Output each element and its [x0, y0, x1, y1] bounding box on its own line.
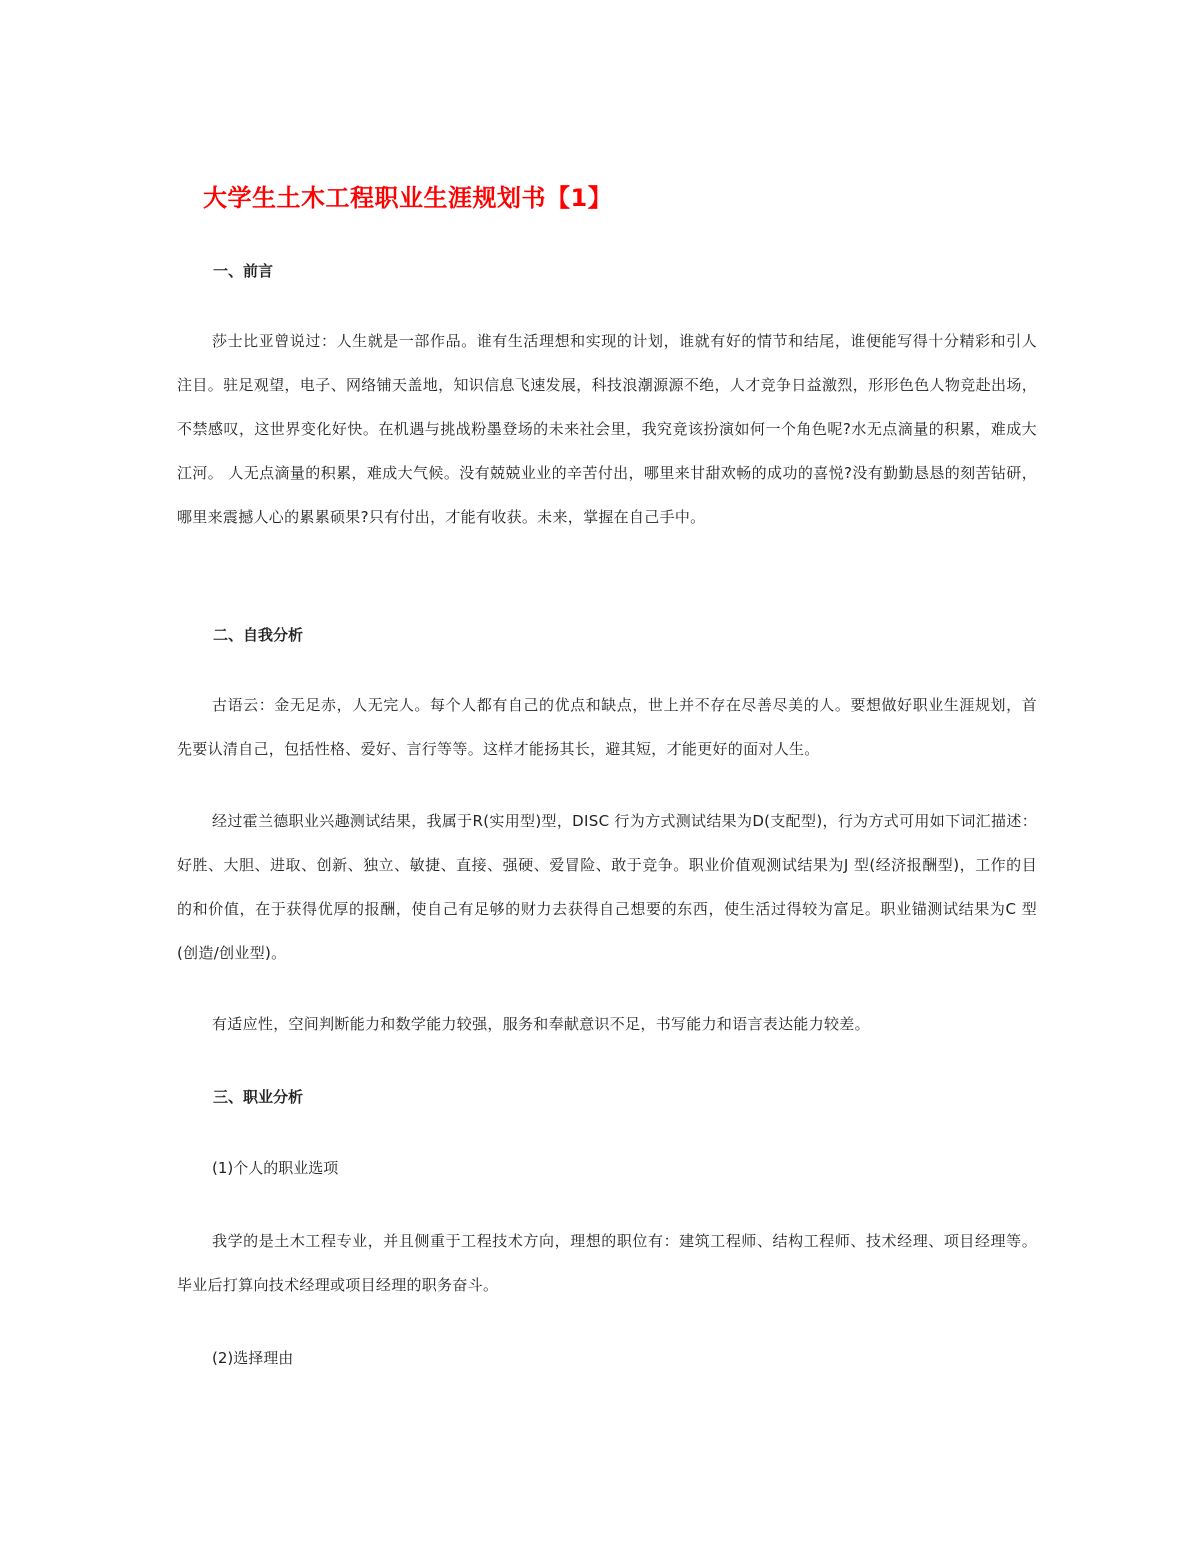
paragraph-self-analysis-intro: 古语云：金无足赤，人无完人。每个人都有自己的优点和缺点，世上并不存在尽善尽美的人… — [177, 683, 1037, 771]
paragraph-preface: 莎士比亚曾说过：人生就是一部作品。谁有生活理想和实现的计划，谁就有好的情节和结尾… — [177, 319, 1037, 539]
paragraph-career-options: 我学的是土木工程专业，并且侧重于工程技术方向，理想的职位有：建筑工程师、结构工程… — [177, 1219, 1037, 1307]
subheading-selection-reasons: (2)选择理由 — [212, 1347, 293, 1368]
subheading-career-options: (1)个人的职业选项 — [212, 1157, 338, 1178]
section-heading-self-analysis: 二、自我分析 — [213, 624, 303, 645]
section-heading-preface: 一、前言 — [213, 260, 273, 281]
document-title: 大学生土木工程职业生涯规划书【1】 — [203, 178, 612, 213]
paragraph-abilities: 有适应性，空间判断能力和数学能力较强，服务和奉献意识不足，书写能力和语言表达能力… — [177, 1002, 1037, 1046]
section-heading-career-analysis: 三、职业分析 — [213, 1086, 303, 1107]
paragraph-test-results: 经过霍兰德职业兴趣测试结果，我属于R(实用型)型，DISC 行为方式测试结果为D… — [177, 799, 1037, 975]
document-page: 大学生土木工程职业生涯规划书【1】 一、前言 莎士比亚曾说过：人生就是一部作品。… — [0, 0, 1200, 1553]
